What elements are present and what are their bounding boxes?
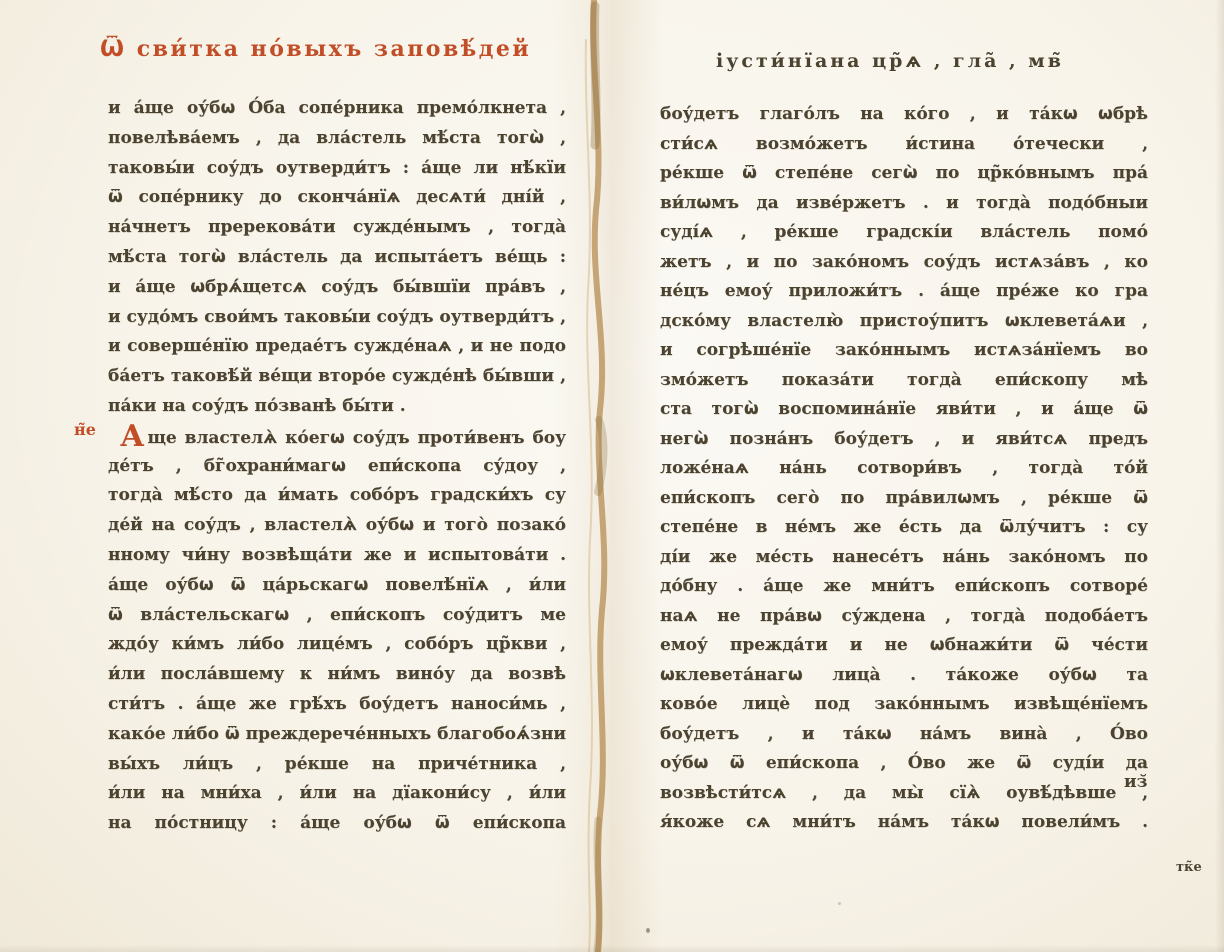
right-running-title: іусти́нїана цр̃ѧ , гла̃ , мв̃ — [716, 50, 1064, 72]
text-line: ста тогѡ̀ воспомина́нїе яви́ти , и а́ще … — [660, 395, 1148, 425]
left-lines-before: и а́ще оу́бѡ О́ба сопе́рника премо́лкнет… — [108, 94, 566, 422]
text-line: не́цъ емоу́ приложи́тъ . а́ще пре́же ко … — [660, 277, 1148, 307]
right-text-block: боу́детъ глаго́лъ на ко́го , и та́кѡ ѡбр… — [660, 100, 1148, 838]
text-line: де́тъ , бг̃охрани́магѡ епи́скопа су́доу … — [108, 452, 566, 482]
text-line: и а́ще ѡбрѧ́щетсѧ соу́дъ бы́вшїи пра́въ … — [108, 273, 566, 303]
text-line: таковы́и соу́дъ оутверди́тъ : а́ще ли нѣ… — [108, 154, 566, 184]
text-line: суді́ѧ , ре́кше градскі́и вла́стель помо… — [660, 218, 1148, 248]
text-line: и́ли посла́вшему к ни́мъ вино́у да возвѣ — [108, 660, 566, 690]
text-line: емоу́ прежда́ти и не ѡбнажи́ти ѿ че́сти — [660, 631, 1148, 661]
chapter-number-margin-note: н̃е — [74, 420, 96, 439]
left-lines-after: де́тъ , бг̃охрани́магѡ епи́скопа су́доу … — [108, 452, 566, 839]
text-line: ково́е лицѐ под зако́ннымъ извѣще́нїемъ — [660, 690, 1148, 720]
text-line: возвѣсти́тсѧ , да мы̀ сїѧ̀ оувѣ́дѣвше , — [660, 779, 1148, 809]
text-line: степе́не в не́мъ же е́сть да ѿлу́читъ : … — [660, 513, 1148, 543]
text-line: вы́хъ ли́цъ , ре́кше на приче́тника , — [108, 750, 566, 780]
text-line: на по́стницу : а́ще оу́бѡ ѿ епи́скопа — [108, 809, 566, 839]
text-line: ре́кше ѿ степе́не сегѡ̀ по цр̃ко́внымъ п… — [660, 159, 1148, 189]
text-line: до́бну . а́ще же мни́тъ епи́скопъ сотвор… — [660, 572, 1148, 602]
text-line: па́ки на соу́дъ по́званѣ бы́ти . — [108, 392, 566, 422]
text-line: како́е ли́бо ѿ преждерече́нныхъ благобоѧ… — [108, 720, 566, 750]
continuation-margin-note: из̆ — [1124, 772, 1147, 792]
text-line: мѣ́ста тогѡ̀ вла́стель да испыта́етъ ве́… — [108, 243, 566, 273]
text-line: нному чи́ну возвѣща́ти же и испытова́ти … — [108, 541, 566, 571]
text-line: боу́детъ , и та́кѡ на́мъ вина̀ , О́во — [660, 720, 1148, 750]
left-running-title: Ѿ сви́тка но́выхъ заповѣ́дей — [100, 36, 531, 62]
text-line: и согрѣше́нїе зако́ннымъ истѧза́нїемъ во — [660, 336, 1148, 366]
quire-signature: тк̃е — [1176, 860, 1202, 875]
text-line: ждо́у ки́мъ ли́бо лице́мъ , собо́ръ цр̃к… — [108, 630, 566, 660]
text-line: дско́му властелю̀ пристоу́питъ ѡклевета́… — [660, 307, 1148, 337]
text-line: ѿ вла́стельскагѡ , епи́скопъ соу́дитъ ме — [108, 601, 566, 631]
text-line: наѧ не пра́вѡ су́ждена , тогда̀ подоба́е… — [660, 602, 1148, 632]
text-line: и́ли на мни́ха , и́ли на дїакони́су , и́… — [108, 779, 566, 809]
text-line: повелѣва́емъ , да вла́стель мѣ́ста тогѡ̀… — [108, 124, 566, 154]
text-line: ѿ сопе́рнику до сконча́нїѧ десѧти́ дні́й… — [108, 183, 566, 213]
text-line: а́ще оу́бѡ ѿ ца́рьскагѡ повелѣ́нїѧ , и́л… — [108, 571, 566, 601]
ink-speck — [646, 928, 650, 933]
text-line: я́коже сѧ мни́тъ на́мъ та́кѡ повели́мъ . — [660, 808, 1148, 838]
text-line: ѡклевета́нагѡ лица̀ . та́коже оу́бѡ та — [660, 661, 1148, 691]
text-line: жетъ , и по зако́номъ соу́дъ истѧза́въ ,… — [660, 248, 1148, 278]
page-left: Ѿ сви́тка но́выхъ заповѣ́дей н̃е и а́ще … — [0, 0, 592, 952]
book-spread: Ѿ сви́тка но́выхъ заповѣ́дей н̃е и а́ще … — [0, 0, 1224, 952]
text-line: епи́скопъ сего̀ по пра́вилѡмъ , ре́кше ѿ — [660, 484, 1148, 514]
text-line: на́чнетъ пререкова́ти сужде́нымъ , тогда… — [108, 213, 566, 243]
text-line: тогда̀ мѣ́сто да и́мать собо́ръ градски́… — [108, 481, 566, 511]
text-line: оу́бѡ ѿ епи́скопа , О́во же ѿ суді́и да — [660, 749, 1148, 779]
text-line: ложе́наѧ на́нь сотвори́въ , тогда̀ то́й — [660, 454, 1148, 484]
red-initial-letter: А — [120, 422, 144, 452]
text-line: и а́ще оу́бѡ О́ба сопе́рника премо́лкнет… — [108, 94, 566, 124]
text-line: де́й на соу́дъ , властелѧ̀ оу́бѡ и того̀… — [108, 511, 566, 541]
page-right: іусти́нїана цр̃ѧ , гла̃ , мв̃ боу́детъ г… — [630, 0, 1224, 952]
text-line: сти́тъ . а́ще же грѣ́хъ боу́детъ наноси́… — [108, 690, 566, 720]
text-line: и судо́мъ свои́мъ таковы́и соу́дъ оутвер… — [108, 303, 566, 333]
text-line: негѡ̀ позна́нъ боу́детъ , и яви́тсѧ пред… — [660, 425, 1148, 455]
text-line: ба́етъ таковѣ́й ве́щи второ́е сужде́нѣ б… — [108, 362, 566, 392]
paragraph-initial-line: Аще властелѧ̀ ко́егѡ соу́дъ проти́венъ б… — [108, 422, 566, 452]
left-text-block: и а́ще оу́бѡ О́ба сопе́рника премо́лкнет… — [108, 94, 566, 839]
text-line: змо́жетъ показа́ти тогда̀ епи́скопу мѣ — [660, 366, 1148, 396]
text-line: и соверше́нїю предае́тъ сужде́наѧ , и не… — [108, 332, 566, 362]
initial-line-text: ще властелѧ̀ ко́егѡ соу́дъ проти́венъ бо… — [147, 428, 566, 448]
ink-speck — [838, 902, 841, 905]
text-line: сти́сѧ возмо́жетъ и́стина о́течески , — [660, 130, 1148, 160]
text-line: ви́лѡмъ да изве́ржетъ . и тогда̀ подо́бн… — [660, 189, 1148, 219]
text-line: боу́детъ глаго́лъ на ко́го , и та́кѡ ѡбр… — [660, 100, 1148, 130]
right-lines: боу́детъ глаго́лъ на ко́го , и та́кѡ ѡбр… — [660, 100, 1148, 838]
text-line: ді́и же ме́сть нанесе́тъ на́нь зако́номъ… — [660, 543, 1148, 573]
